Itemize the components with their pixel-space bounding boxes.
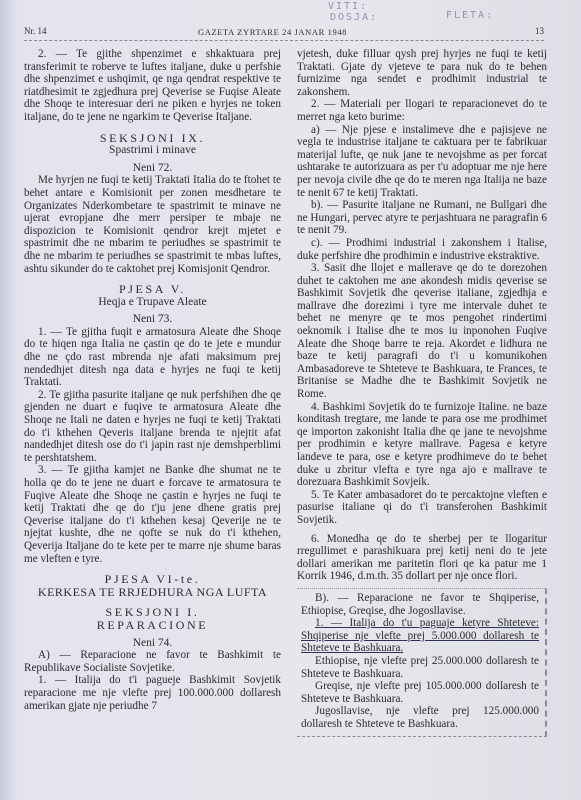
page-header: Nr. 14 GAZETA ZYRTARE 24 JANAR 1948 13: [24, 26, 544, 41]
underlined-paragraph: 1. — Italija do t'u paguaje ketyre Shtet…: [301, 617, 539, 655]
paragraph: Greqise, nje vlefte prej 105.000.000 dol…: [301, 680, 539, 705]
part-heading: PJESA VI-te.: [24, 573, 281, 586]
left-column: 2. — Te gjithe shpenzimet e shkaktuara p…: [24, 48, 281, 712]
paragraph: Me hyrjen ne fuqi te ketij Traktati Ital…: [24, 174, 281, 275]
paragraph: 1. — Italija do t'i pagueje Bashkimit So…: [24, 674, 281, 712]
page-number: 13: [535, 26, 544, 36]
marked-box: B). — Reparacione ne favor te Shqiperise…: [297, 588, 547, 738]
paragraph: 2. — Te gjithe shpenzimet e shkaktuara p…: [24, 48, 281, 124]
stamp-fleta: FLETA:: [446, 10, 494, 21]
part-subtitle: Heqja e Trupave Aleate: [24, 296, 281, 309]
paragraph: 2. — Materiali per llogari te reparacion…: [297, 98, 547, 123]
section-heading: SEKSJONI IX.: [24, 132, 281, 145]
stamp-viti: VITI:: [328, 1, 368, 12]
paragraph: 6. Monedha qe do te sherbej per te lloga…: [297, 533, 547, 583]
paragraph: B). — Reparacione ne favor te Shqiperise…: [301, 592, 539, 617]
scanned-page: VITI: DOSJA: FLETA: Nr. 14 GAZETA ZYRTAR…: [0, 0, 581, 800]
paragraph: A) — Reparacione ne favor te Bashkimit t…: [24, 649, 281, 674]
paragraph: b). — Pasurite italjane ne Rumani, ne Bu…: [297, 199, 547, 237]
paragraph: c). — Prodhimi industrial i zakonshem i …: [297, 237, 547, 262]
paragraph: 3. — Te gjitha kamjet ne Banke dhe shuma…: [24, 464, 281, 565]
stamp-dosja: DOSJA:: [330, 12, 378, 23]
paragraph: 5. Te Kater ambasadoret do te percaktojn…: [297, 489, 547, 527]
paragraph: 1. — Te gjitha fuqit e armatosura Aleate…: [24, 326, 281, 389]
article-heading: Neni 73.: [24, 313, 281, 326]
article-heading: Neni 72.: [24, 162, 281, 175]
paragraph: 4. Bashkimi Sovjetik do te furnizoje Ita…: [297, 401, 547, 489]
paragraph: 3. Sasit dhe llojet e mallerave qe do te…: [297, 262, 547, 401]
part-subtitle: KERKESA TE RRJEDHURA NGA LUFTA: [24, 586, 281, 599]
paragraph: a) — Nje pjese e instalimeve dhe e pajis…: [297, 124, 547, 200]
paragraph: vjetesh, duke filluar qysh prej hyrjes n…: [297, 48, 547, 98]
issue-number: Nr. 14: [24, 26, 47, 36]
paragraph: 2. Te gjitha pasurite italjane qe nuk pe…: [24, 389, 281, 465]
right-column: vjetesh, duke filluar qysh prej hyrjes n…: [297, 48, 547, 737]
section-subtitle: REPARACIONE: [24, 619, 281, 632]
gazette-title: GAZETA ZYRTARE 24 JANAR 1948: [198, 27, 347, 37]
section-subtitle: Spastrimi i minave: [24, 144, 281, 157]
part-heading: PJESA V.: [24, 283, 281, 296]
article-heading: Neni 74.: [24, 637, 281, 650]
paragraph: Jugosllavise, nje vlefte prej 125.000.00…: [301, 705, 539, 730]
paragraph: Ethiopise, nje vlefte prej 25.000.000 do…: [301, 655, 539, 680]
